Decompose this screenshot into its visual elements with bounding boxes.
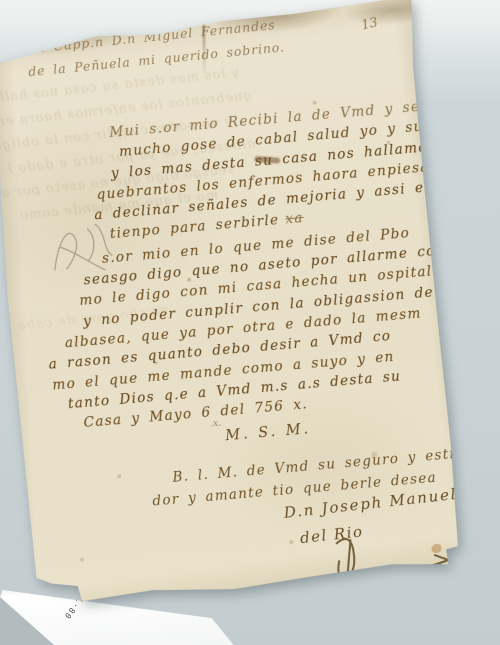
struck-word: xa [285, 210, 305, 227]
paper-surface: y los mas desta su casa nos hallamos bie… [0, 0, 461, 606]
manuscript-paper: y los mas desta su casa nos hallamos bie… [0, 0, 461, 606]
x-mark: .x. [210, 419, 222, 430]
folio-number: 13 [360, 15, 379, 33]
letter-body: Mui s.or mio Recibi la de Vmd y selebre … [29, 97, 445, 436]
monogram: M. S. M. [225, 421, 312, 444]
address-block: S. Capp.n D.n Miguel Fernandes de la Peñ… [23, 12, 286, 83]
scan-background: 08L·80 179 y los mas desta su casa nos h… [0, 0, 500, 645]
